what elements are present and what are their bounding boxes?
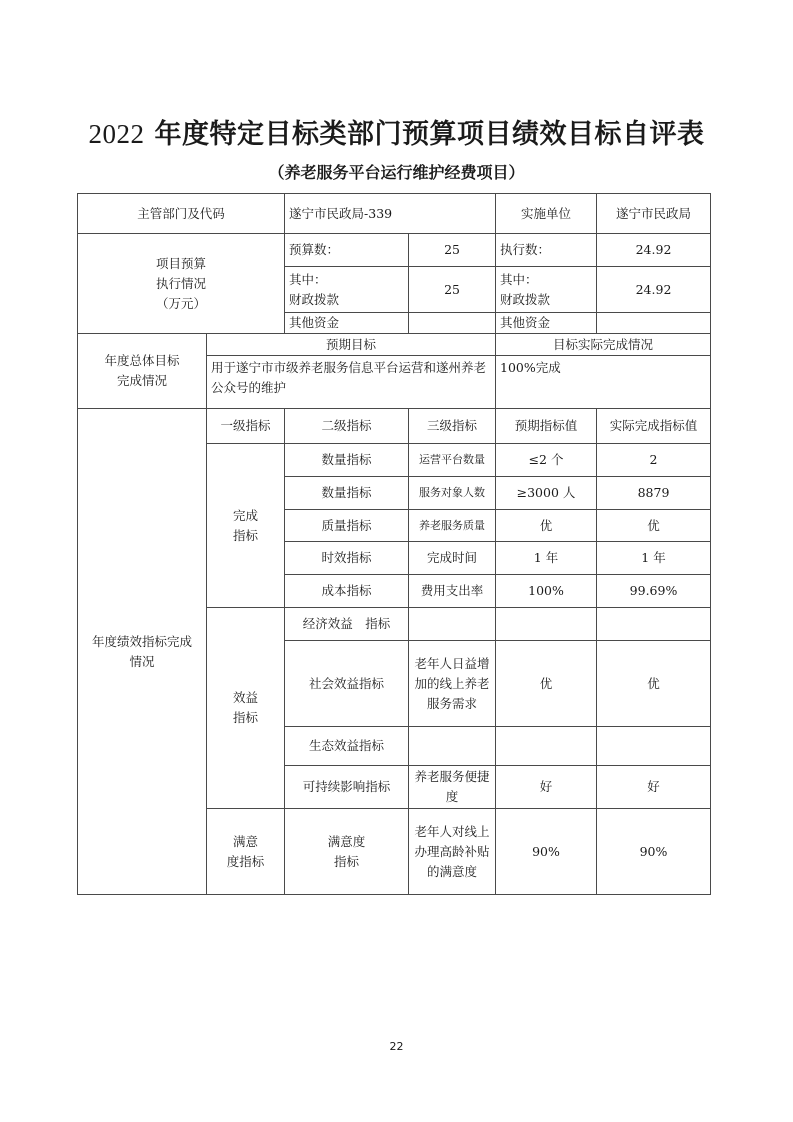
level2-cell: 生态效益指标 bbox=[285, 727, 409, 766]
level3-cell: 老年人对线上办理高龄补贴的满意度 bbox=[409, 809, 496, 895]
overall-goal-label-line: 年度总体目标 bbox=[82, 351, 202, 371]
level1-line: 度指标 bbox=[211, 852, 280, 872]
fiscal-label-line: 其中： bbox=[289, 270, 404, 290]
header-level1: 一级指标 bbox=[207, 409, 285, 444]
expected-cell: 100% bbox=[496, 575, 597, 608]
budget-label: 项目预算 执行情况 （万元） bbox=[78, 234, 285, 334]
overall-goal-label-line: 完成情况 bbox=[82, 371, 202, 391]
overall-goal-header-row: 年度总体目标 完成情况 预期目标 目标实际完成情况 bbox=[78, 334, 711, 356]
level3-cell: 完成时间 bbox=[409, 542, 496, 575]
budget-row: 项目预算 执行情况 （万元） 预算数： 25 执行数： 24.92 bbox=[78, 234, 711, 267]
expected-cell: 90% bbox=[496, 809, 597, 895]
level3-cell bbox=[409, 608, 496, 641]
performance-label-line: 年度绩效指标完成 bbox=[82, 632, 202, 652]
level2-line: 满意度 bbox=[289, 832, 404, 852]
evaluation-table: 主管部门及代码 遂宁市民政局-339 实施单位 遂宁市民政局 项目预算 执行情况… bbox=[77, 193, 711, 895]
level2-cell: 质量指标 bbox=[285, 510, 409, 542]
page-number: 22 bbox=[0, 1040, 793, 1053]
expected-cell: 1 年 bbox=[496, 542, 597, 575]
level2-line: 指标 bbox=[289, 852, 404, 872]
expected-cell bbox=[496, 608, 597, 641]
fiscal-budget-value: 25 bbox=[409, 267, 496, 313]
dept-label: 主管部门及代码 bbox=[78, 194, 285, 234]
fiscal-label-line: 财政拨款 bbox=[289, 290, 404, 310]
impl-value: 遂宁市民政局 bbox=[597, 194, 711, 234]
level2-cell: 成本指标 bbox=[285, 575, 409, 608]
actual-cell: 优 bbox=[597, 510, 711, 542]
exec-amount-value: 24.92 bbox=[597, 234, 711, 267]
title-year: 2022 bbox=[89, 119, 145, 149]
actual-cell: 优 bbox=[597, 641, 711, 727]
budget-amount-label: 预算数： bbox=[285, 234, 409, 267]
dept-row: 主管部门及代码 遂宁市民政局-339 实施单位 遂宁市民政局 bbox=[78, 194, 711, 234]
header-actual: 实际完成指标值 bbox=[597, 409, 711, 444]
indicator-header-row: 年度绩效指标完成 情况 一级指标 二级指标 三级指标 预期指标值 实际完成指标值 bbox=[78, 409, 711, 444]
fiscal-exec-label-line: 财政拨款 bbox=[500, 290, 592, 310]
page-title: 2022 年度特定目标类部门预算项目绩效目标自评表 bbox=[0, 112, 793, 151]
header-level3: 三级指标 bbox=[409, 409, 496, 444]
other-funds-exec-label: 其他资金 bbox=[496, 313, 597, 334]
expected-goal-header: 预期目标 bbox=[207, 334, 496, 356]
level2-cell: 社会效益指标 bbox=[285, 641, 409, 727]
level1-benefit: 效益 指标 bbox=[207, 608, 285, 809]
level2-cell: 经济效益 指标 bbox=[285, 608, 409, 641]
performance-label: 年度绩效指标完成 情况 bbox=[78, 409, 207, 895]
level3-cell: 运营平台数量 bbox=[409, 444, 496, 477]
level2-cell: 数量指标 bbox=[285, 444, 409, 477]
overall-goal-label: 年度总体目标 完成情况 bbox=[78, 334, 207, 409]
actual-goal-header: 目标实际完成情况 bbox=[496, 334, 711, 356]
level1-satisfaction: 满意 度指标 bbox=[207, 809, 285, 895]
other-funds-label: 其他资金 bbox=[285, 313, 409, 334]
impl-label: 实施单位 bbox=[496, 194, 597, 234]
actual-cell: 90% bbox=[597, 809, 711, 895]
level1-line: 满意 bbox=[211, 832, 280, 852]
actual-cell bbox=[597, 727, 711, 766]
level1-line: 指标 bbox=[211, 708, 280, 728]
actual-goal-text: 100%完成 bbox=[496, 356, 711, 409]
expected-cell: 好 bbox=[496, 766, 597, 809]
expected-goal-text: 用于遂宁市市级养老服务信息平台运营和遂州养老公众号的维护 bbox=[207, 356, 496, 409]
title-text: 年度特定目标类部门预算项目绩效目标自评表 bbox=[154, 119, 704, 150]
level3-cell: 养老服务便捷度 bbox=[409, 766, 496, 809]
expected-cell: 优 bbox=[496, 510, 597, 542]
budget-amount-value: 25 bbox=[409, 234, 496, 267]
expected-cell: ≥3000 人 bbox=[496, 477, 597, 510]
level3-cell: 老年人日益增加的线上养老服务需求 bbox=[409, 641, 496, 727]
performance-label-line: 情况 bbox=[82, 652, 202, 672]
budget-label-line: 项目预算 bbox=[82, 254, 280, 274]
dept-value: 遂宁市民政局-339 bbox=[285, 194, 496, 234]
level2-cell: 满意度 指标 bbox=[285, 809, 409, 895]
actual-cell: 99.69% bbox=[597, 575, 711, 608]
actual-cell: 2 bbox=[597, 444, 711, 477]
exec-amount-label: 执行数： bbox=[496, 234, 597, 267]
expected-cell: 优 bbox=[496, 641, 597, 727]
actual-cell: 8879 bbox=[597, 477, 711, 510]
level3-cell: 费用支出率 bbox=[409, 575, 496, 608]
fiscal-exec-label-line: 其中： bbox=[500, 270, 592, 290]
page-subtitle: （养老服务平台运行维护经费项目） bbox=[0, 160, 793, 183]
other-funds-exec bbox=[597, 313, 711, 334]
fiscal-exec-value: 24.92 bbox=[597, 267, 711, 313]
level2-cell: 可持续影响指标 bbox=[285, 766, 409, 809]
level1-line: 效益 bbox=[211, 688, 280, 708]
level1-completion: 完成 指标 bbox=[207, 444, 285, 608]
actual-cell bbox=[597, 608, 711, 641]
level1-line: 指标 bbox=[211, 526, 280, 546]
fiscal-label: 其中： 财政拨款 bbox=[285, 267, 409, 313]
level2-cell: 数量指标 bbox=[285, 477, 409, 510]
level3-cell bbox=[409, 727, 496, 766]
header-expected: 预期指标值 bbox=[496, 409, 597, 444]
expected-cell: ≤2 个 bbox=[496, 444, 597, 477]
level2-cell: 时效指标 bbox=[285, 542, 409, 575]
level3-cell: 养老服务质量 bbox=[409, 510, 496, 542]
expected-cell bbox=[496, 727, 597, 766]
level1-line: 完成 bbox=[211, 506, 280, 526]
other-funds-budget bbox=[409, 313, 496, 334]
fiscal-exec-label: 其中： 财政拨款 bbox=[496, 267, 597, 313]
header-level2: 二级指标 bbox=[285, 409, 409, 444]
level3-cell: 服务对象人数 bbox=[409, 477, 496, 510]
actual-cell: 好 bbox=[597, 766, 711, 809]
budget-label-line: （万元） bbox=[82, 294, 280, 314]
budget-label-line: 执行情况 bbox=[82, 274, 280, 294]
actual-cell: 1 年 bbox=[597, 542, 711, 575]
